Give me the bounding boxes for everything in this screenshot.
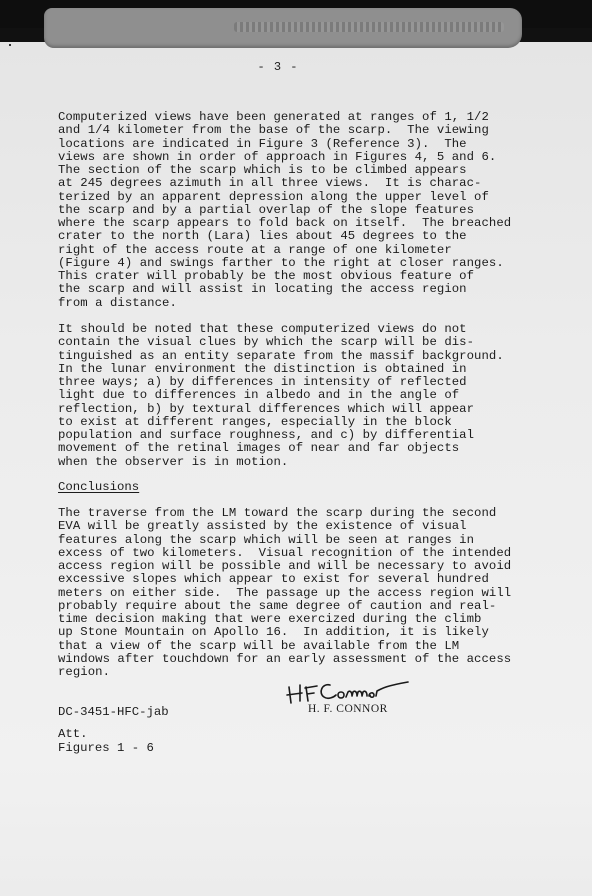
attachments-note: Att. Figures 1 - 6 bbox=[58, 727, 154, 755]
paragraph-computerized-views: Computerized views have been generated a… bbox=[58, 111, 558, 310]
page-number: - 3 - bbox=[0, 60, 556, 74]
scanned-page: - 3 - Computerized views have been gener… bbox=[0, 0, 592, 896]
reference-code: DC-3451-HFC-jab bbox=[58, 705, 169, 719]
signer-typed-name: H. F. CONNOR bbox=[308, 703, 388, 715]
illegible-tab-text bbox=[234, 22, 504, 32]
binder-tab-strip bbox=[44, 8, 522, 48]
section-heading-conclusions: Conclusions bbox=[58, 481, 139, 494]
scan-speck bbox=[9, 44, 11, 46]
handwritten-signature bbox=[286, 677, 436, 705]
paragraph-visual-clues: It should be noted that these computeriz… bbox=[58, 323, 558, 469]
paragraph-conclusions: The traverse from the LM toward the scar… bbox=[58, 507, 558, 679]
